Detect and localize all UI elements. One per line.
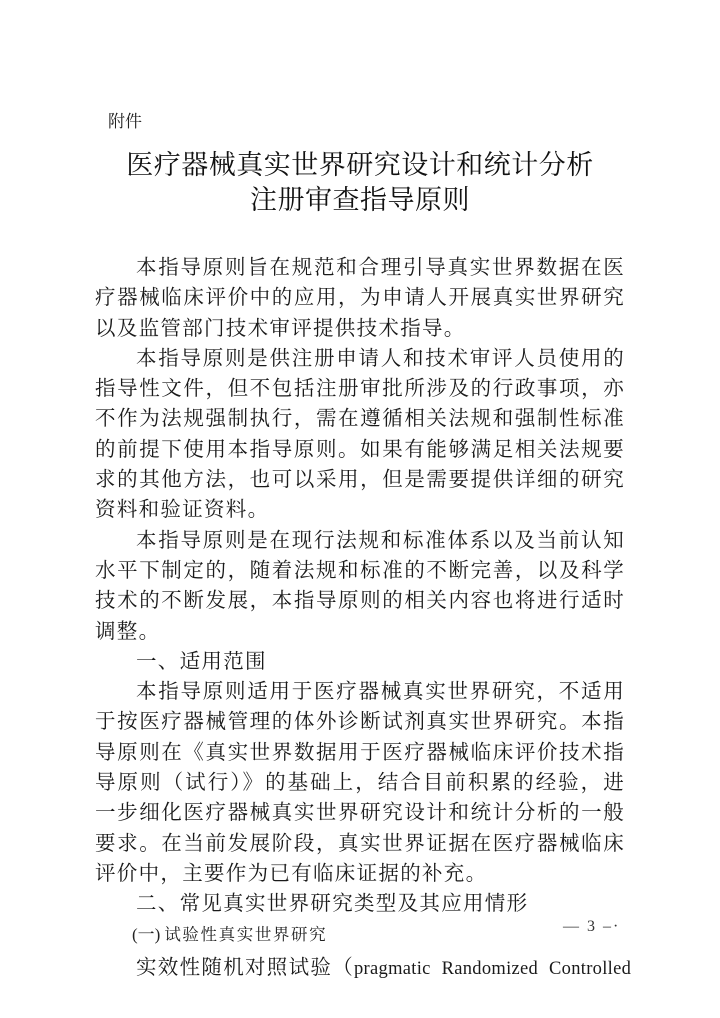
subsection-number: (一) (132, 925, 160, 944)
paragraph-purpose: 本指导原则旨在规范和合理引导真实世界数据在医疗器械临床评价中的应用，为申请人开展… (95, 252, 625, 343)
document-body: 本指导原则旨在规范和合理引导真实世界数据在医疗器械临床评价中的应用，为申请人开展… (95, 252, 625, 985)
title-line-1: 医疗器械真实世界研究设计和统计分析 (0, 148, 720, 183)
page-number: — 3 –· (563, 918, 620, 936)
section-heading-study-types: 二、常见真实世界研究类型及其应用情形 (95, 888, 625, 918)
document-page: 附件 医疗器械真实世界研究设计和统计分析 注册审查指导原则 本指导原则旨在规范和… (0, 0, 720, 1018)
document-title: 医疗器械真实世界研究设计和统计分析 注册审查指导原则 (0, 148, 720, 218)
paragraph-scope-of-use: 本指导原则是供注册申请人和技术审评人员使用的指导性文件，但不包括注册审批所涉及的… (95, 343, 625, 525)
paragraph-applicability: 本指导原则适用于医疗器械真实世界研究，不适用于按医疗器械管理的体外诊断试剂真实世… (95, 676, 625, 888)
pragmatic-rct-cjk: 实效性随机对照试验（ (136, 955, 354, 979)
title-line-2: 注册审查指导原则 (0, 183, 720, 218)
attachment-label: 附件 (108, 110, 142, 134)
paragraph-pragmatic-rct-start: 实效性随机对照试验（pragmatic Randomized Controlle… (95, 951, 625, 985)
pragmatic-rct-latin: pragmatic Randomized Controlled (354, 959, 631, 979)
subsection-heading-experimental: (一)试验性真实世界研究 (132, 919, 625, 951)
paragraph-revision-note: 本指导原则是在现行法规和标准体系以及当前认知水平下制定的，随着法规和标准的不断完… (95, 525, 625, 646)
section-heading-applicability: 一、适用范围 (95, 646, 625, 676)
subsection-title: 试验性真实世界研究 (164, 925, 327, 944)
